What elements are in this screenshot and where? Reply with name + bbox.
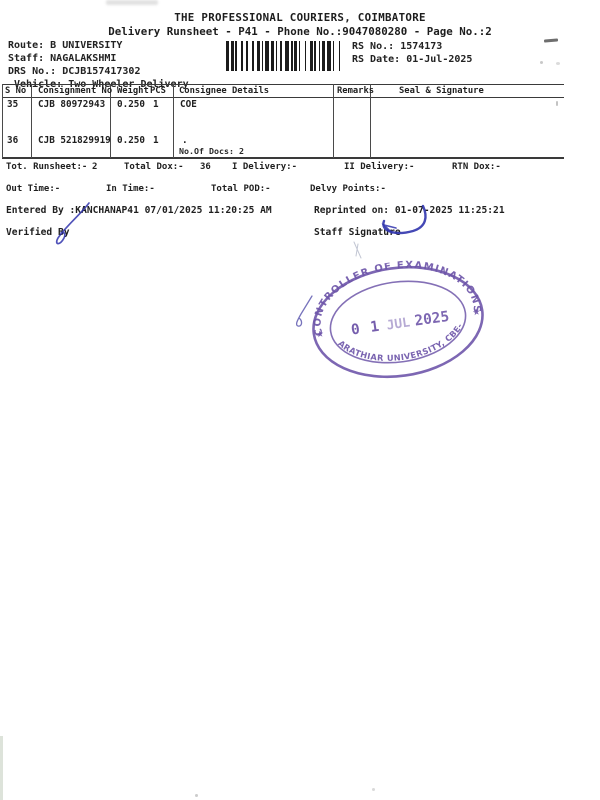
scan-speck — [372, 788, 375, 791]
table-vline — [31, 84, 32, 158]
tot-runsheet-value: 2 — [92, 162, 97, 172]
staff-signature-mark — [330, 200, 430, 262]
scan-speck — [195, 794, 198, 797]
rs-date-label: RS Date: — [352, 54, 400, 65]
stamp-star-right: ★ — [472, 307, 481, 318]
total-dox-label: Total Dox:- — [124, 162, 184, 172]
staff-line: Staff: NAGALAKSHMI — [8, 53, 116, 64]
runsheet-subtitle: Delivery Runsheet - P41 - Phone No.:9047… — [0, 25, 600, 38]
row-consignee: . — [182, 135, 188, 146]
col-header-pcs: PCS — [150, 86, 166, 96]
staff-label: Staff: — [8, 53, 44, 64]
row-sno: 36 — [7, 135, 18, 146]
scan-smudge-top — [106, 0, 158, 5]
stamp-date-month: JUL — [386, 315, 412, 333]
route-value: B UNIVERSITY — [50, 40, 122, 51]
table-top-border — [2, 84, 564, 85]
company-title: THE PROFESSIONAL COURIERS, COIMBATORE — [0, 11, 600, 24]
table-vline — [2, 84, 3, 158]
i-delivery-label: I Delivery:- — [232, 162, 297, 172]
stamp-date-year: 2025 — [414, 309, 451, 330]
col-header-consignment: Consignment No — [38, 86, 112, 96]
col-header-sno: S No — [5, 86, 26, 96]
scan-speck — [540, 61, 543, 64]
ii-delivery-label: II Delivery:- — [344, 162, 414, 172]
row-consignee: COE — [180, 99, 197, 110]
row-pcs: 1 — [153, 99, 159, 110]
staff-value: NAGALAKSHMI — [50, 53, 116, 64]
rs-date-line: RS Date: 01-Jul-2025 — [352, 54, 472, 65]
rs-no-value: 1574173 — [400, 41, 442, 52]
rtn-dox-label: RTN Dox:- — [452, 162, 501, 172]
verified-signature-mark — [35, 198, 105, 253]
stamp-star-left: ★ — [315, 329, 324, 340]
drs-line: DRS No.: DCJB157417302 — [8, 66, 140, 77]
table-vline — [173, 84, 174, 158]
rs-no-label: RS No.: — [352, 41, 394, 52]
rs-no-line: RS No.: 1574173 — [352, 41, 442, 52]
university-stamp: CONTROLLER OF EXAMINATIONS BHARATHIAR UN… — [301, 250, 496, 394]
out-time-label: Out Time:- — [6, 184, 60, 194]
drs-label: DRS No.: — [8, 66, 56, 77]
col-header-weight: Weight — [117, 86, 149, 96]
table-header-border — [2, 97, 564, 98]
route-line: Route: B UNIVERSITY — [8, 40, 122, 51]
row-consignment: CJB 80972943 — [38, 99, 105, 110]
row-pcs: 1 — [153, 135, 159, 146]
row-docs-note: No.Of Docs: 2 — [179, 146, 244, 156]
barcode-bar — [340, 41, 343, 71]
in-time-label: In Time:- — [106, 184, 155, 194]
route-label: Route: — [8, 40, 44, 51]
col-header-seal: Seal & Signature — [399, 86, 484, 96]
table-vline — [333, 84, 334, 158]
scan-speck — [556, 62, 560, 65]
row-sno: 35 — [7, 99, 18, 110]
row-weight: 0.250 — [117, 135, 145, 146]
scan-speck — [556, 101, 558, 106]
barcode-image — [226, 41, 343, 71]
delvy-points-label: Delvy Points:- — [310, 184, 386, 194]
total-pod-label: Total POD:- — [211, 184, 271, 194]
drs-value: DCJB157417302 — [62, 66, 140, 77]
scan-dash-mark — [544, 38, 558, 42]
col-header-remarks: Remarks — [337, 86, 374, 96]
tot-runsheet-label: Tot. Runsheet:- — [6, 162, 87, 172]
row-consignment: CJB 521829919 — [38, 135, 111, 146]
total-dox-value: 36 — [200, 162, 211, 172]
stamp-date-day: 0 1 — [350, 319, 381, 339]
rs-date-value: 01-Jul-2025 — [406, 54, 472, 65]
col-header-consignee: Consignee Details — [179, 86, 269, 96]
scan-edge-strip — [0, 736, 3, 800]
table-bottom-border — [2, 157, 564, 159]
row-weight: 0.250 — [117, 99, 145, 110]
